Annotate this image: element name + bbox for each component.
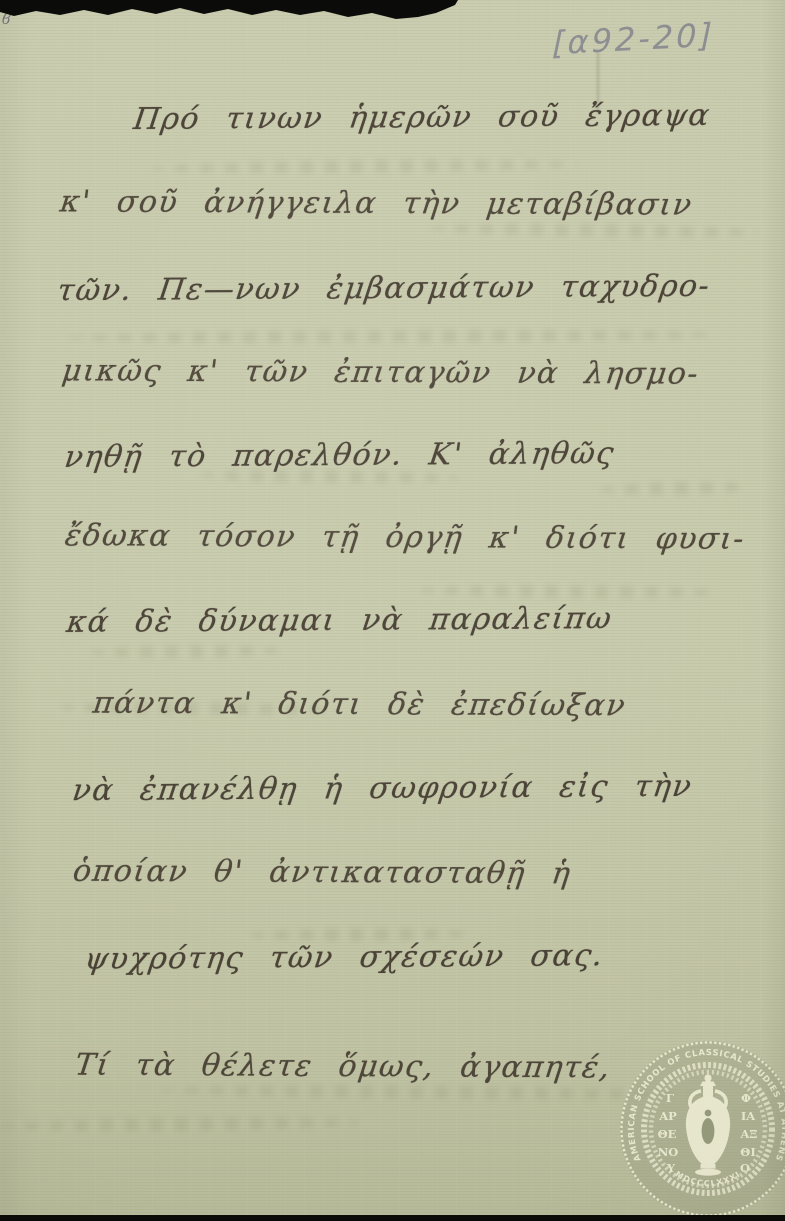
scan-edge-bottom: [0, 1215, 785, 1221]
torn-edge-top: [0, 0, 470, 24]
handwritten-line: Τί τὰ θέλετε ὅμως, ἀγαπητέ,: [73, 1048, 613, 1086]
handwritten-line: Πρό τινων ἡμερῶν σοῦ ἔγραψα: [131, 98, 712, 137]
handwritten-line: ἔδωκα τόσον τῇ ὀργῇ κ' διότι φυσι-: [63, 518, 747, 557]
handwritten-line: ὁποίαν θ' ἀντικατασταθῇ ἡ: [71, 854, 574, 892]
handwritten-line: μικῶς κ' τῶν ἐπιταγῶν νὰ λησμο-: [60, 353, 701, 391]
handwritten-line: πάντα κ' διότι δὲ ἐπεδίωξαν: [91, 686, 628, 724]
handwritten-line: κ' σοῦ ἀνήγγειλα τὴν μεταβίβασιν: [58, 184, 695, 222]
handwritten-line: νηθῇ τὸ παρελθόν. Κ' ἀληθῶς: [62, 436, 617, 475]
handwritten-line: ψυχρότης τῶν σχέσεών σας.: [82, 938, 606, 977]
handwritten-line: τῶν. Πε—νων ἐμβασμάτων ταχυδρο-: [55, 269, 712, 309]
handwritten-line: νὰ ἐπανέλθῃ ἡ σωφρονία εἰς τὴν: [70, 769, 694, 808]
letter-body: Πρό τινων ἡμερῶν σοῦ ἔγραψα κ' σοῦ ἀνήγγ…: [0, 0, 785, 1221]
scanned-letter-page: AMERICAN SCHOOL OF CLASSICAL STUDIES AT …: [0, 0, 785, 1221]
handwritten-line: κά δὲ δύναμαι νὰ παραλείπω: [64, 601, 614, 640]
